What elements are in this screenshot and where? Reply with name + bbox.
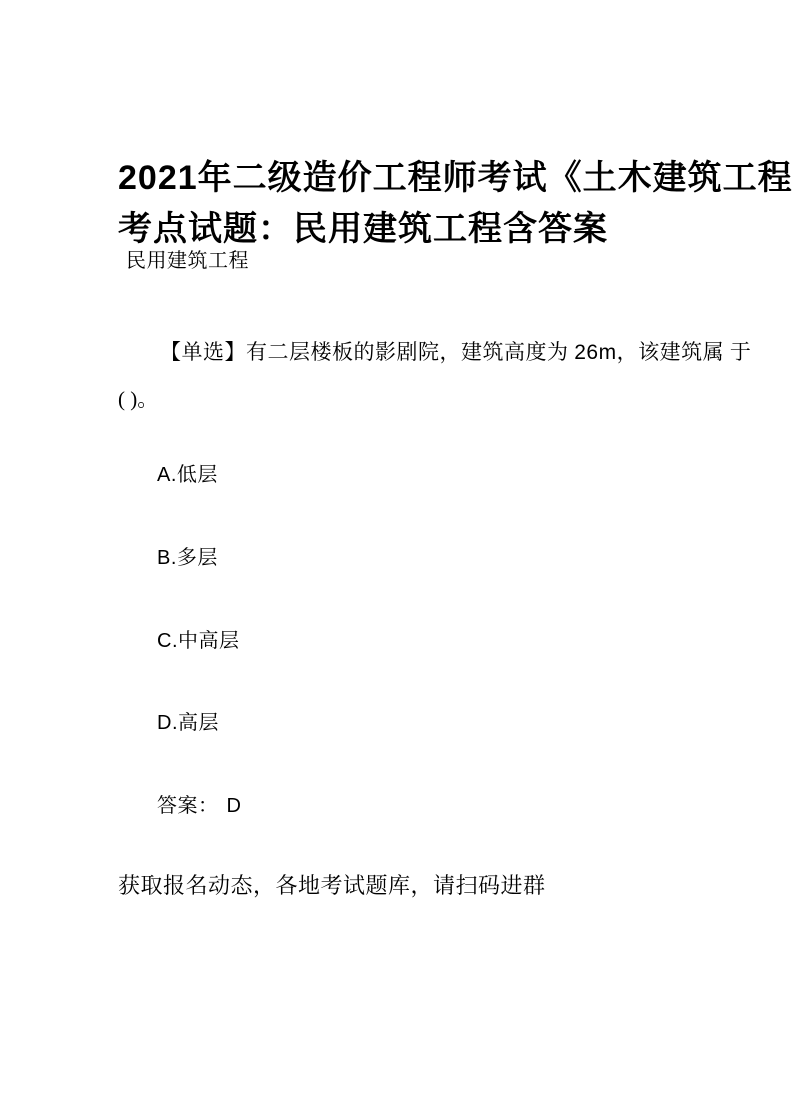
- answer-line: 答案：D: [157, 789, 241, 818]
- question-stem-line2: ( )。: [118, 383, 158, 413]
- question-stem-text-after: ，该建筑属 于: [617, 340, 752, 364]
- option-a: A.低层: [157, 458, 218, 487]
- footer-note: 获取报名动态，各地考试题库，请扫码进群: [118, 869, 546, 900]
- option-b-key: B.: [157, 547, 177, 569]
- option-d-text: 高层: [178, 712, 219, 734]
- option-b-text: 多层: [177, 547, 218, 569]
- option-d-key: D.: [157, 712, 178, 734]
- page-title: 2021年二级造价工程师考试《土木建筑工程》 考点试题：民用建筑工程含答案: [118, 153, 718, 255]
- option-a-key: A.: [157, 464, 177, 486]
- title-line1-text: 年二级造价工程师考试《土木建筑工程》: [198, 160, 792, 197]
- option-c-text: 中高层: [178, 630, 240, 652]
- option-c: C.中高层: [157, 624, 240, 653]
- title-year: 2021: [118, 159, 198, 197]
- page-title-line1: 2021年二级造价工程师考试《土木建筑工程》: [118, 153, 718, 204]
- section-label: 民用建筑工程: [126, 244, 249, 273]
- question-type-tag: 【单选】: [160, 340, 246, 364]
- question-stem-text: 有二层楼板的影剧院，建筑高度为: [246, 340, 574, 364]
- option-a-text: 低层: [177, 464, 218, 486]
- option-c-key: C.: [157, 630, 178, 652]
- question-stem-line1: 【单选】有二层楼板的影剧院，建筑高度为 26m，该建筑属 于: [160, 336, 751, 366]
- document-page: 2021年二级造价工程师考试《土木建筑工程》 考点试题：民用建筑工程含答案 民用…: [0, 0, 792, 1120]
- option-b: B.多层: [157, 541, 218, 570]
- answer-label: 答案：: [157, 795, 219, 817]
- option-d: D.高层: [157, 706, 219, 735]
- question-stem-number: 26m: [574, 341, 616, 364]
- answer-value: D: [227, 795, 242, 817]
